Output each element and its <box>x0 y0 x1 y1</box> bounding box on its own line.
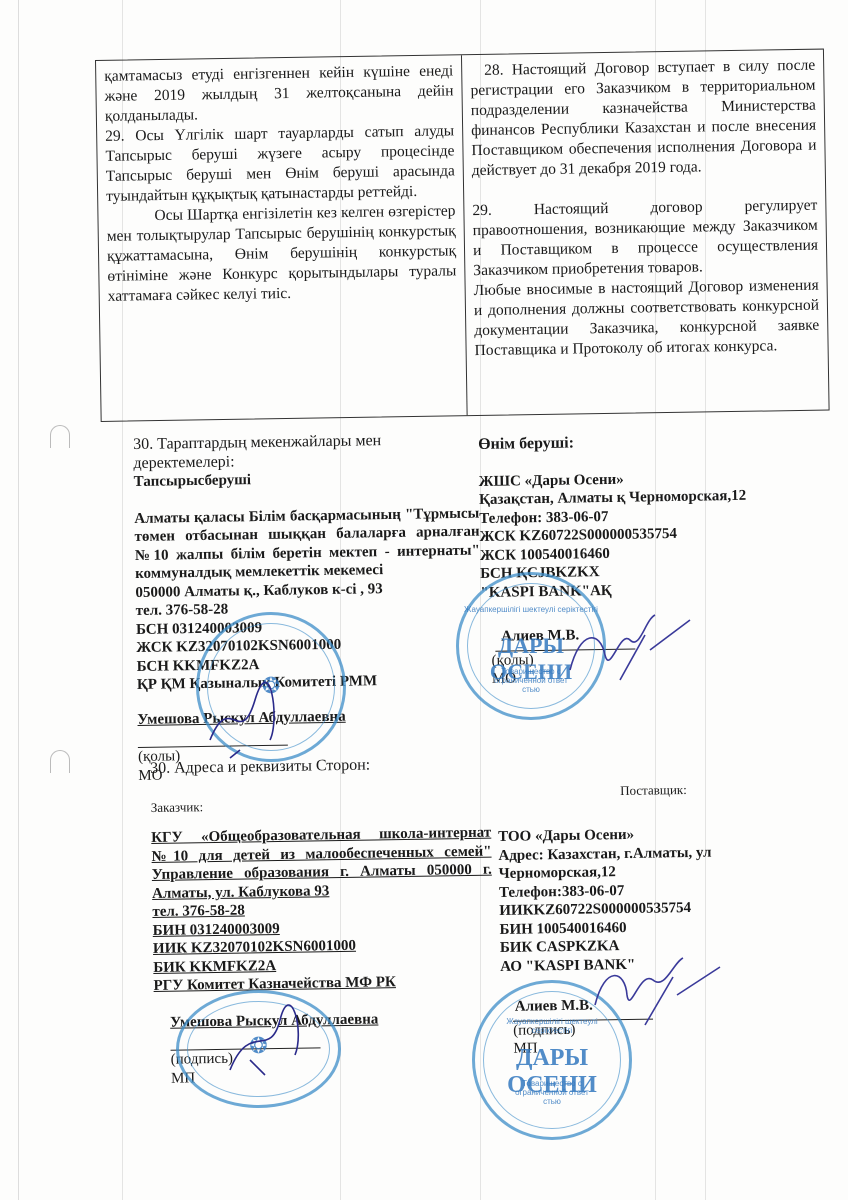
ru-customer-name: КГУ «Общеобразовательная школа-интернат … <box>151 824 492 903</box>
page-edge <box>18 0 19 1200</box>
punch-hole <box>50 425 70 448</box>
customer-signature-kz <box>200 680 310 760</box>
ru-clause-28: 28. Настоящий Договор вступает в силу по… <box>470 56 817 181</box>
supplier-stamp-name: ДАРЫ ОСЕНИ <box>475 1045 629 1099</box>
kz-clause-29: 29. Осы Үлгілік шарт тауарларды сатып ал… <box>105 121 455 206</box>
kz-customer-name: Алматы қаласы Білім басқармасының "Тұрмы… <box>134 504 480 583</box>
supplier-signature-ru <box>585 955 725 1035</box>
kz-section-heading: 30. Тараптардың мекенжайлары мен деректе… <box>133 431 479 473</box>
contract-table: қамтамасыз етуді енгізгеннен кейін күшін… <box>95 49 830 422</box>
table-cell-ru: 28. Настоящий Договор вступает в силу по… <box>462 50 829 416</box>
supplier-signature-kz <box>560 610 700 690</box>
ru-clause-29: 29. Настоящий договор регулирует правоот… <box>472 196 818 281</box>
customer-signature-ru <box>220 1000 330 1080</box>
table-cell-kz: қамтамасыз етуді енгізгеннен кейін күшін… <box>96 55 468 421</box>
ru-clause-29-amendments: Любые вносимые в настоящий Договор измен… <box>474 276 820 361</box>
ru-supplier-title-wrap: Поставщик: <box>620 780 740 800</box>
ru-supplier-title: Поставщик: <box>620 780 740 800</box>
kz-clause-29-amendments: Осы Шартқа енгізілетін кез келген өзгері… <box>106 201 457 306</box>
kz-clause-28-end: қамтамасыз етуді енгізгеннен кейін күшін… <box>104 61 454 126</box>
punch-hole <box>50 750 70 773</box>
